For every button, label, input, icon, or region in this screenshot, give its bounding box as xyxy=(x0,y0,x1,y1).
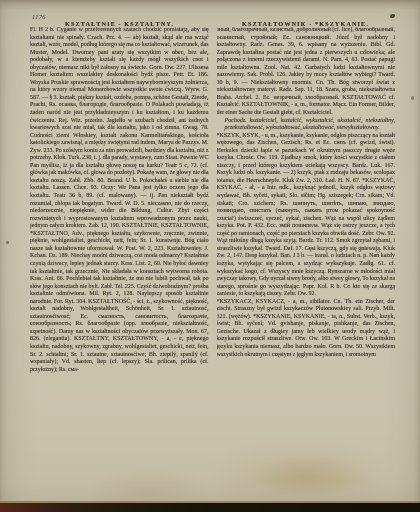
right-text-block-3: *KSZYKACZ, KSYKACZ, - a, m., sibilator. … xyxy=(217,299,396,359)
dictionary-page-scan: 1176 KSZTAŁTNIE - KSZTAŁTNY. KSZTAŁTOWNI… xyxy=(0,0,420,512)
paper-stain xyxy=(250,455,370,497)
text-column-left: Fl. H 2 b. Cyganie w przeforemnych szata… xyxy=(30,27,209,462)
entry-ksztalt-continuation: Fl. H 2 b. Cyganie w przeforemnych szata… xyxy=(30,27,209,229)
text-column-right: зный, благозрачный, казистый, доброличны… xyxy=(217,27,396,462)
derivatives-text: Pochodz. kształciciel, kształcić, wykszt… xyxy=(225,118,396,132)
scan-edge-bottom xyxy=(0,503,420,512)
entry-kszykanie: *KSZYKANIE, KSYKANIE, - ia, n., Subst. V… xyxy=(217,314,396,358)
text-columns: Fl. H 2 b. Cyganie w przeforemnych szata… xyxy=(30,27,395,462)
paper-speck-right xyxy=(411,96,414,100)
entry-ksztaltnie: KSZTAŁTNIE, KSZTAŁTOWNIE, *KSZTAŁTNO, Ad… xyxy=(30,223,209,304)
entry-kszykac: *KSZYKAĆ, KSYKAĆ, - ał, - a Intr. ndk., … xyxy=(217,178,396,297)
entry-ksztaltny-continuation: зный, благозрачный, казистый, доброличны… xyxy=(217,27,396,101)
right-text-block-1: зный, благозрачный, казистый, доброличны… xyxy=(217,27,396,118)
derivatives-note: Pochodz. kształciciel, kształcić, wykszt… xyxy=(217,118,396,133)
right-text-block-2: *KSZYK, KSYK, - u, m., kszykanie, ksykan… xyxy=(217,133,396,299)
left-text-block: Fl. H 2 b. Cyganie w przeforemnych szata… xyxy=(30,27,209,374)
page-number: 1176 xyxy=(32,14,46,21)
entry-kszyk: *KSZYK, KSYK, - u, m., kszykanie, ksykan… xyxy=(217,133,396,184)
paper-speck-left xyxy=(6,241,9,244)
